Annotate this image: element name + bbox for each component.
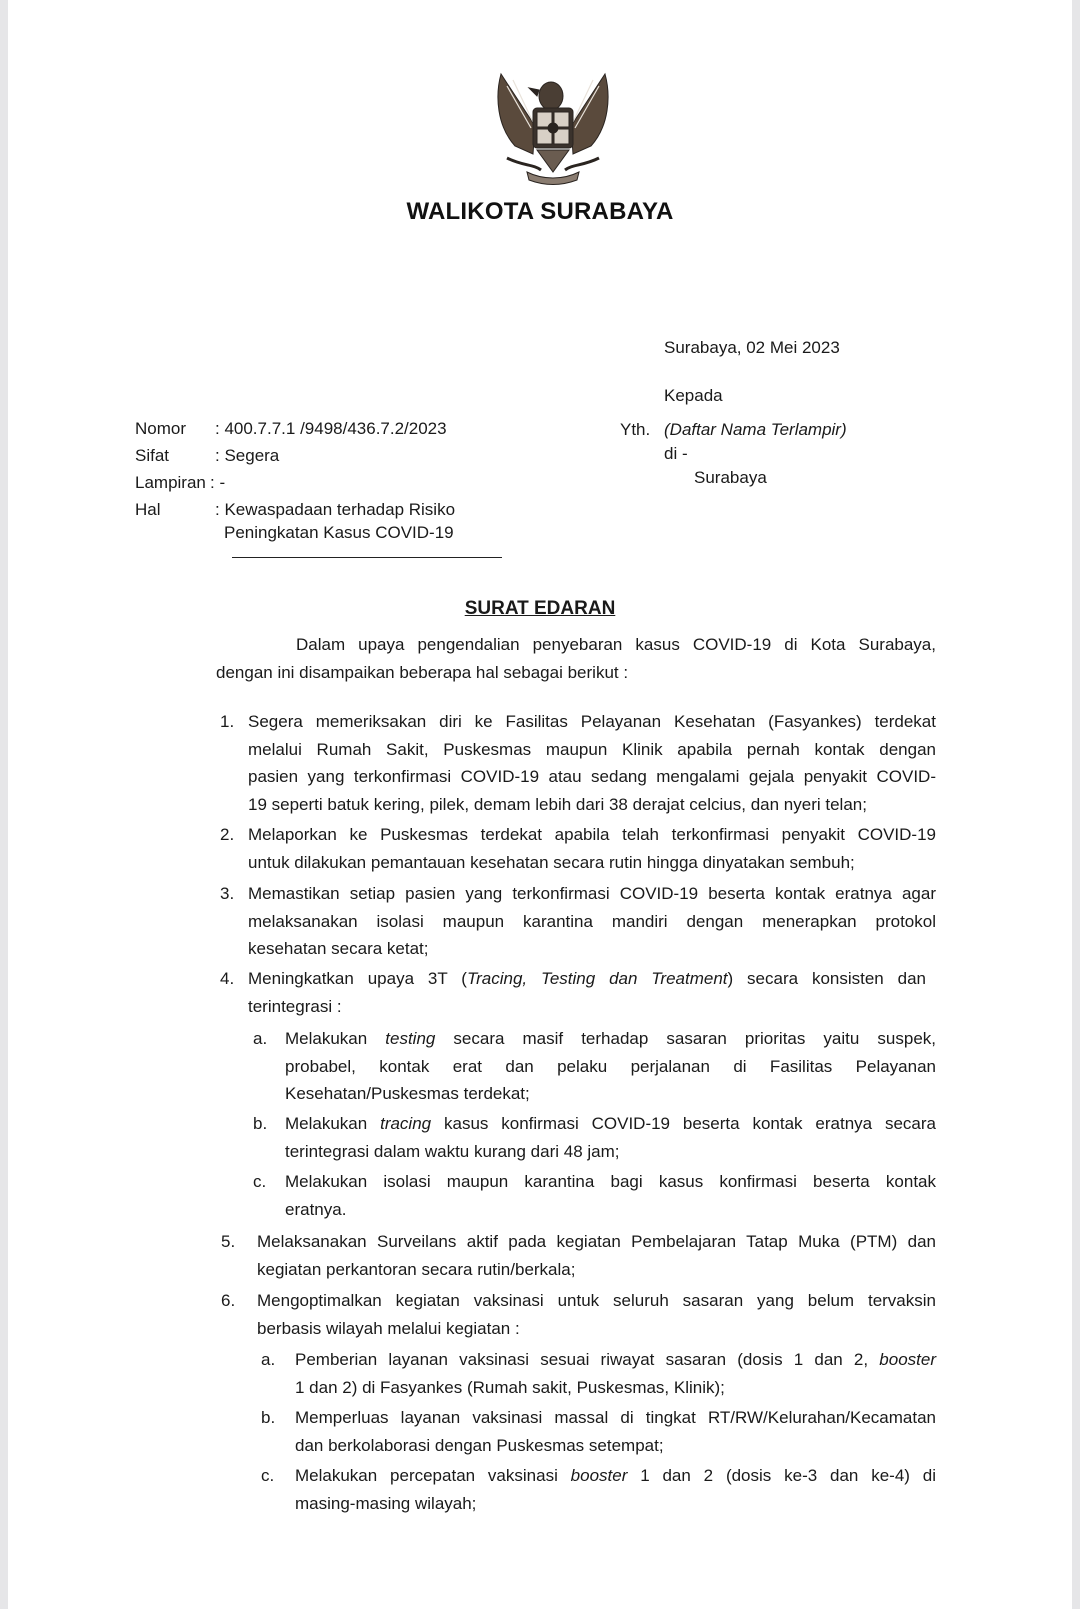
sub-item-line: Kesehatan/Puskesmas terdekat; bbox=[285, 1084, 936, 1104]
sub-item-line: terintegrasi dalam waktu kurang dari 48 … bbox=[285, 1142, 936, 1162]
sub-item-letter: b. bbox=[253, 1114, 267, 1134]
sub-item-line: masing-masing wilayah; bbox=[295, 1494, 936, 1514]
sub-item-letter: b. bbox=[261, 1408, 275, 1428]
item-line: 19 seperti batuk kering, pilek, demam le… bbox=[248, 795, 936, 815]
item-number: 3. bbox=[220, 884, 234, 904]
item-line: terintegrasi : bbox=[248, 997, 936, 1017]
sub-item-line: probabel, kontak erat dan pelaku perjala… bbox=[285, 1057, 936, 1077]
sub-item-line: 1 dan 2) di Fasyankes (Rumah sakit, Pusk… bbox=[295, 1378, 936, 1398]
sub-item-line: Memperluas layanan vaksinasi massal di t… bbox=[295, 1408, 936, 1428]
recipient-yth: Yth. bbox=[620, 420, 650, 440]
recipient-kepada: Kepada bbox=[664, 386, 723, 406]
item-line: pasien yang terkonfirmasi COVID-19 atau … bbox=[248, 767, 936, 787]
lampiran-label: Lampiran bbox=[135, 473, 206, 493]
sub-item-line: Melakukan testing secara masif terhadap … bbox=[285, 1029, 936, 1049]
lampiran-value: : - bbox=[210, 473, 225, 493]
sub-item-line: eratnya. bbox=[285, 1200, 936, 1220]
item-number: 4. bbox=[220, 969, 234, 989]
recipient-name: (Daftar Nama Terlampir) bbox=[664, 420, 847, 440]
hal-label: Hal bbox=[135, 500, 161, 520]
hal-value-line2: Peningkatan Kasus COVID-19 bbox=[224, 523, 454, 543]
hal-value-line1: : Kewaspadaan terhadap Risiko bbox=[215, 500, 455, 520]
org-title: WALIKOTA SURABAYA bbox=[8, 198, 1072, 226]
hal-underline bbox=[232, 557, 502, 558]
place-date: Surabaya, 02 Mei 2023 bbox=[664, 338, 840, 358]
item-line: melalui Rumah Sakit, Puskesmas maupun Kl… bbox=[248, 740, 936, 760]
sub-item-line: Melakukan percepatan vaksinasi booster 1… bbox=[295, 1466, 936, 1486]
item-number: 5. bbox=[221, 1232, 235, 1252]
item-line: Meningkatkan upaya 3T (Tracing, Testing … bbox=[248, 969, 926, 989]
document-page: WALIKOTA SURABAYA Surabaya, 02 Mei 2023 … bbox=[8, 0, 1072, 1609]
item-line: kegiatan perkantoran secara rutin/berkal… bbox=[257, 1260, 936, 1280]
item-line: Mengoptimalkan kegiatan vaksinasi untuk … bbox=[257, 1291, 936, 1311]
item-line: Segera memeriksakan diri ke Fasilitas Pe… bbox=[248, 712, 936, 732]
item-number: 6. bbox=[221, 1291, 235, 1311]
item-line: untuk dilakukan pemantauan kesehatan sec… bbox=[248, 853, 936, 873]
sifat-value: : Segera bbox=[215, 446, 279, 466]
item-line: kesehatan secara ketat; bbox=[248, 939, 936, 959]
item-line: Melaksanakan Surveilans aktif pada kegia… bbox=[257, 1232, 936, 1252]
nomor-label: Nomor bbox=[135, 419, 186, 439]
sub-item-letter: a. bbox=[253, 1029, 267, 1049]
item-number: 1. bbox=[220, 712, 234, 732]
sub-item-line: dan berkolaborasi dengan Puskesmas setem… bbox=[295, 1436, 936, 1456]
sifat-label: Sifat bbox=[135, 446, 169, 466]
sub-item-letter: c. bbox=[261, 1466, 274, 1486]
sub-item-line: Melakukan tracing kasus konfirmasi COVID… bbox=[285, 1114, 936, 1134]
nomor-value: : 400.7.7.1 /9498/436.7.2/2023 bbox=[215, 419, 447, 439]
sub-item-letter: a. bbox=[261, 1350, 275, 1370]
recipient-di: di - bbox=[664, 444, 688, 464]
sub-item-line: Pemberian layanan vaksinasi sesuai riway… bbox=[295, 1350, 936, 1370]
intro-line1: Dalam upaya pengendalian penyebaran kasu… bbox=[296, 635, 936, 655]
item-line: Memastikan setiap pasien yang terkonfirm… bbox=[248, 884, 936, 904]
document-title: SURAT EDARAN bbox=[8, 598, 1072, 620]
recipient-city: Surabaya bbox=[694, 468, 767, 488]
intro-line2: dengan ini disampaikan beberapa hal seba… bbox=[216, 663, 628, 683]
item-number: 2. bbox=[220, 825, 234, 845]
item-line: Melaporkan ke Puskesmas terdekat apabila… bbox=[248, 825, 936, 845]
item-line: berbasis wilayah melalui kegiatan : bbox=[257, 1319, 936, 1339]
garuda-emblem-icon bbox=[493, 66, 613, 190]
item-line: melaksanakan isolasi maupun karantina ma… bbox=[248, 912, 936, 932]
sub-item-line: Melakukan isolasi maupun karantina bagi … bbox=[285, 1172, 936, 1192]
sub-item-letter: c. bbox=[253, 1172, 266, 1192]
